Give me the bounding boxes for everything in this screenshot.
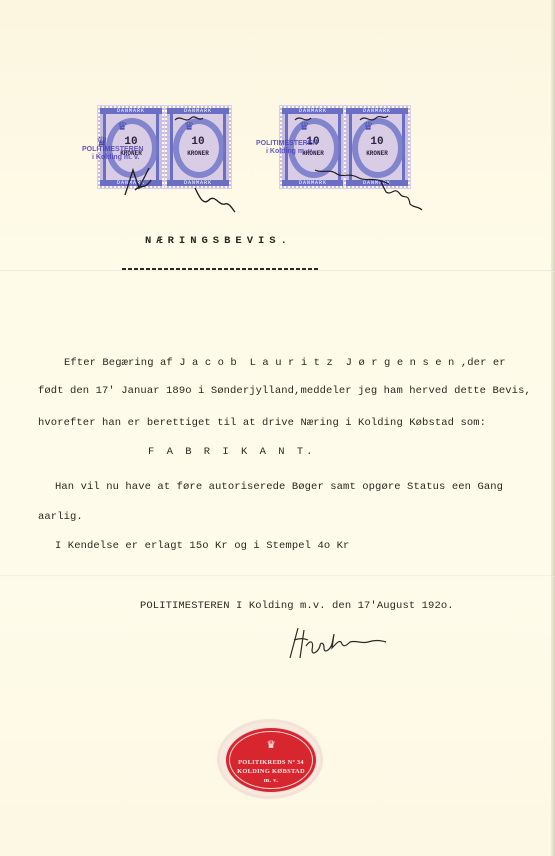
body-line: I Kendelse er erlagt 15o Kr og i Stempel… xyxy=(55,540,349,552)
paper-fold xyxy=(0,575,555,577)
crown-icon: ♛ xyxy=(226,737,316,752)
seal-text: POLITIKREDS Nº 34 xyxy=(226,759,316,766)
document-title: NÆRINGSBEVIS. xyxy=(145,235,292,247)
closing-line: POLITIMESTEREN I Kolding m.v. den 17'Aug… xyxy=(140,600,454,612)
police-seal: ♛ POLITIKREDS Nº 34 KOLDING KØBSTAD m. v… xyxy=(220,722,320,796)
paper-edge xyxy=(551,0,555,856)
occupation: F A B R I K A N T. xyxy=(148,446,315,458)
body-line: hvorefter han er berettiget til at drive… xyxy=(38,417,486,429)
body-line: Efter Begæring af J a c o b L a u r i t … xyxy=(64,357,506,369)
seal-text: m. v. xyxy=(226,777,316,784)
title-separator xyxy=(122,268,318,270)
body-line: aarlig. xyxy=(38,511,83,523)
body-line: født den 17' Januar 189o i Sønderjylland… xyxy=(38,385,531,397)
paper-fold xyxy=(0,270,555,272)
seal-text: KOLDING KØBSTAD xyxy=(226,768,316,775)
handwritten-cancellation-icon xyxy=(95,100,435,220)
body-line: Han vil nu have at føre autoriserede Bøg… xyxy=(55,481,503,493)
signature xyxy=(280,622,390,662)
